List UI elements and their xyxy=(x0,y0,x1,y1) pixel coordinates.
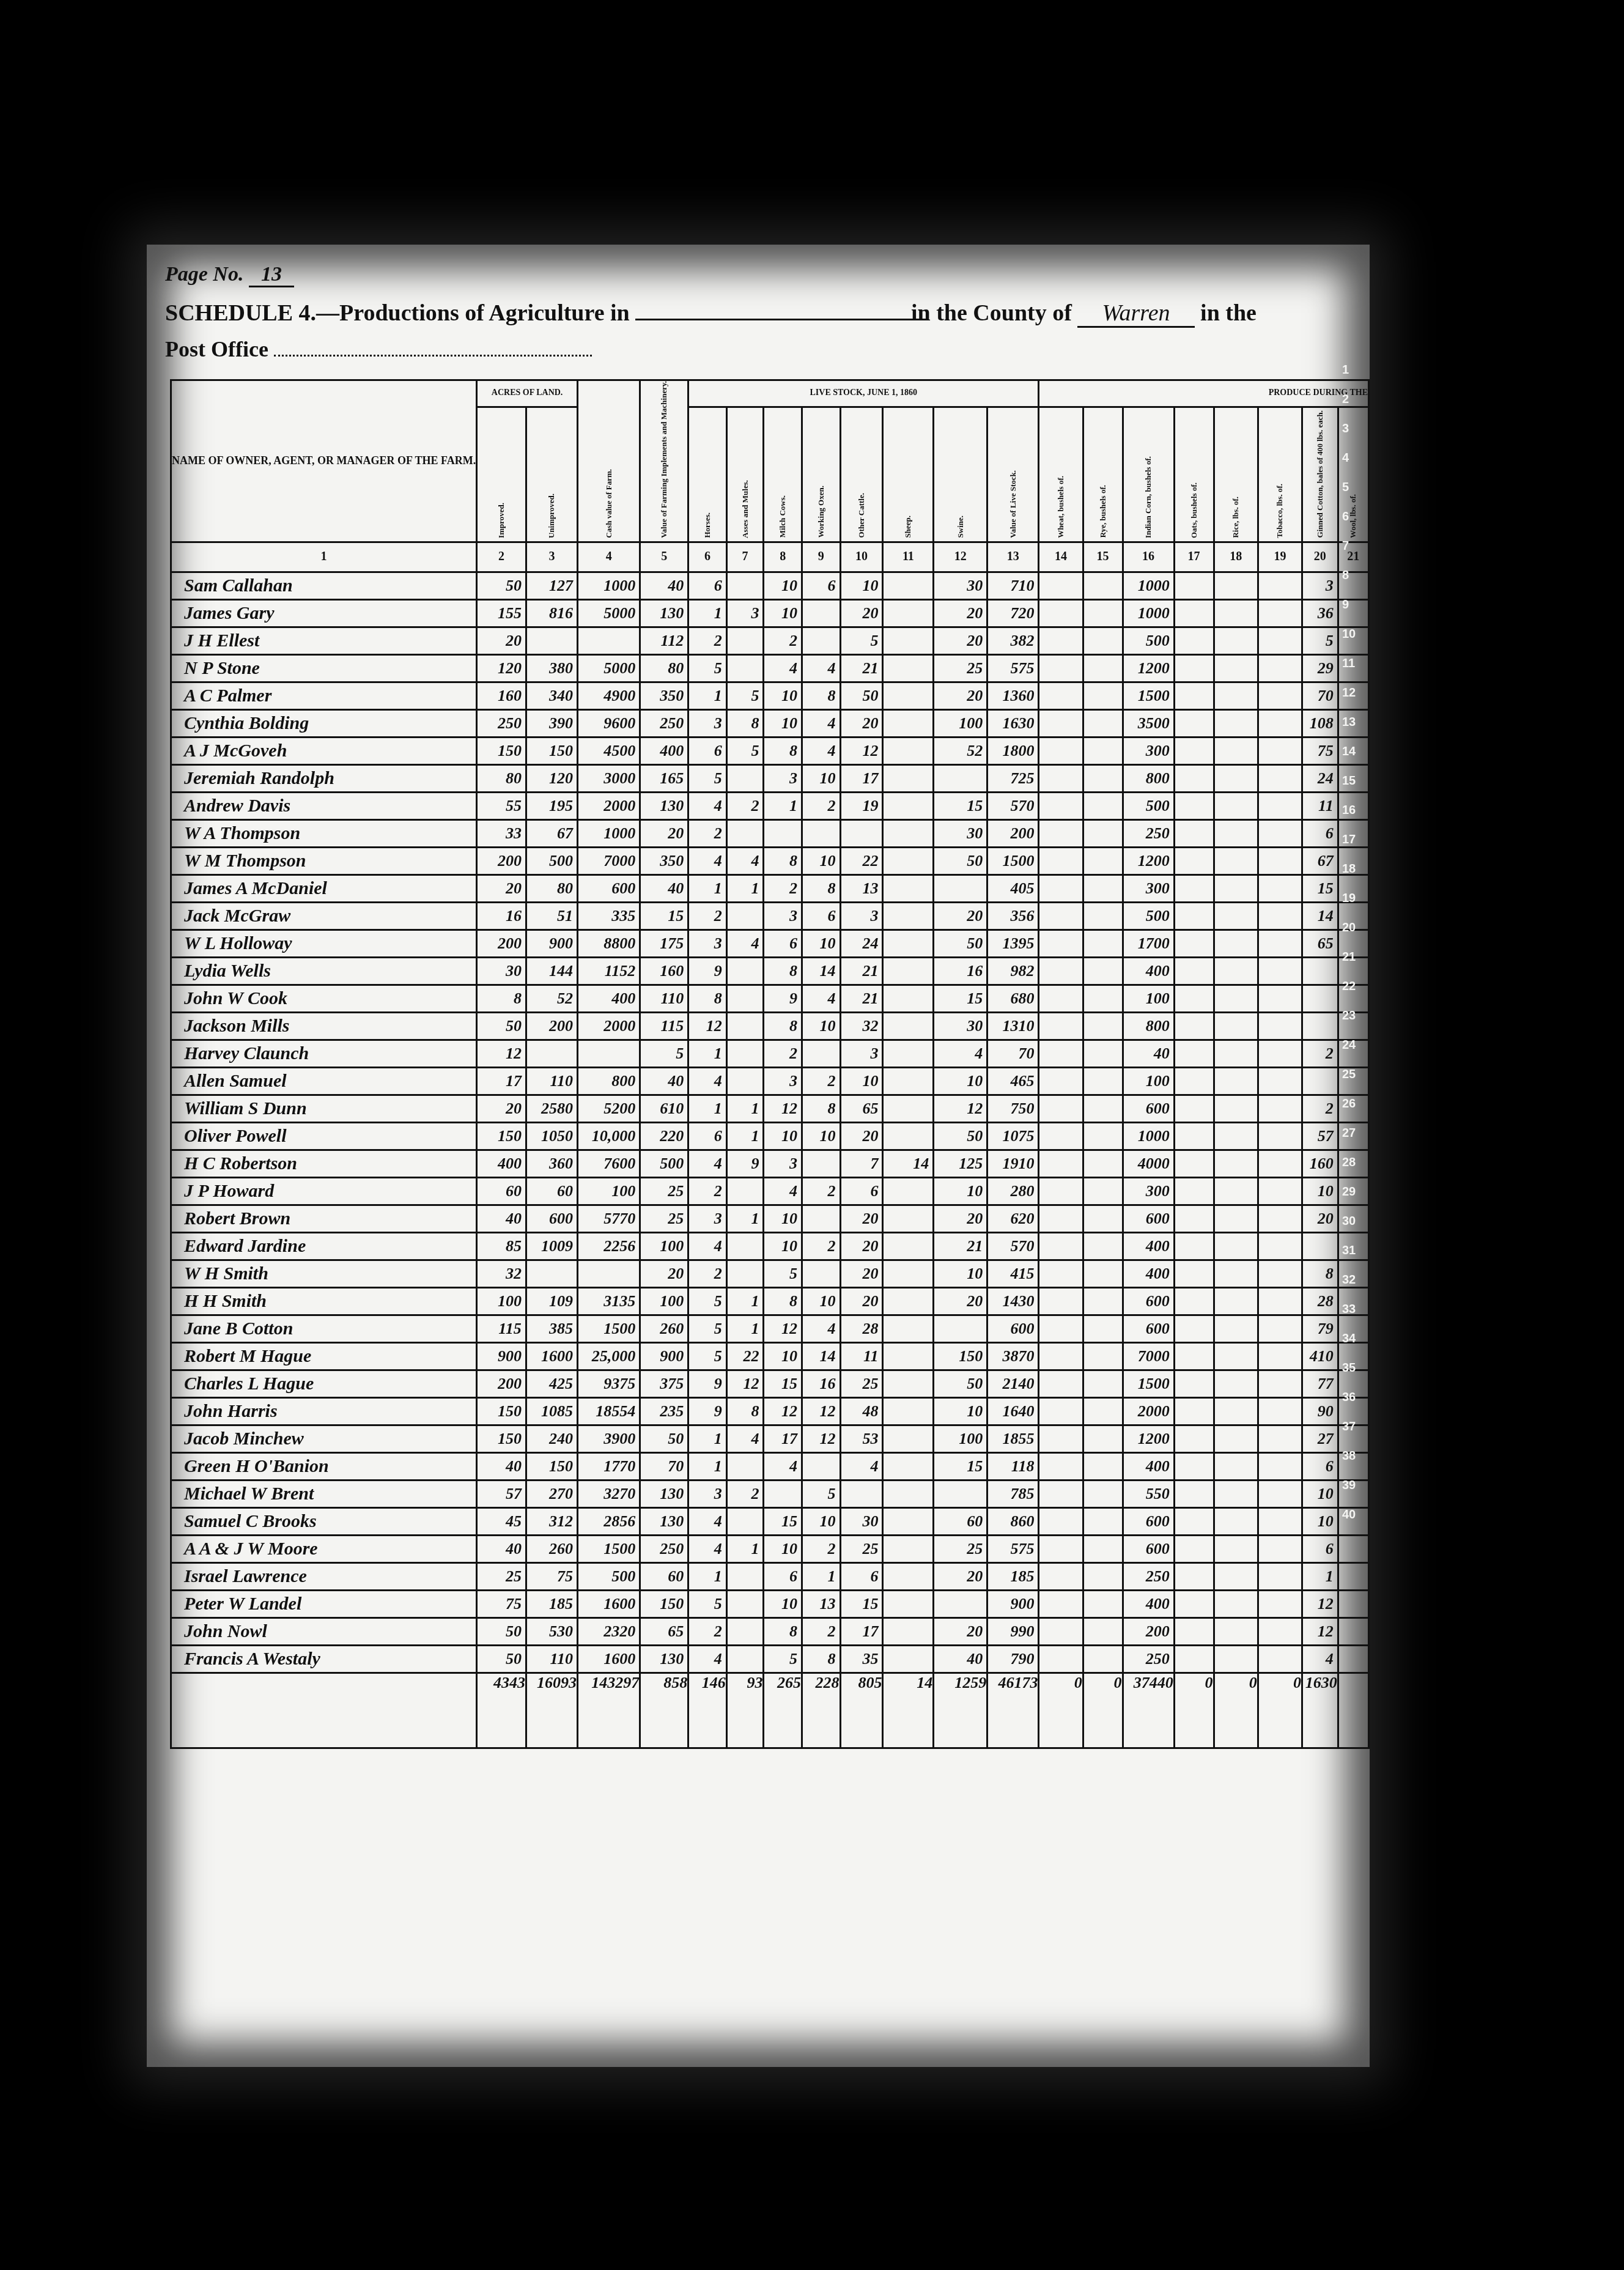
cell-col-20: 410 xyxy=(1302,1342,1338,1370)
county-label: in the County of xyxy=(911,300,1072,326)
cell-col-10: 7 xyxy=(840,1150,883,1177)
total-col-10: 805 xyxy=(840,1673,883,1748)
cell-col-12: 15 xyxy=(934,1452,987,1480)
cell-col-16: 1000 xyxy=(1123,1122,1174,1150)
cell-col-18 xyxy=(1214,819,1258,847)
table-row: J H Ellest20112225203825005 xyxy=(171,627,1369,654)
cell-col-11 xyxy=(883,1370,934,1397)
line-number: 24 xyxy=(1342,1038,1356,1052)
cell-col-17 xyxy=(1174,874,1214,902)
cell-col-11 xyxy=(883,1425,934,1452)
cell-col-16: 550 xyxy=(1123,1480,1174,1507)
table-row: Green H O'Banion40150177070144151184006 xyxy=(171,1452,1369,1480)
cell-col-9 xyxy=(802,1040,841,1067)
cell-col-10: 20 xyxy=(840,1232,883,1260)
cell-col-4: 4900 xyxy=(578,682,640,709)
cell-col-5: 40 xyxy=(640,1067,688,1095)
cell-col-17 xyxy=(1174,1012,1214,1040)
cell-col-6: 9 xyxy=(688,1370,727,1397)
name-column-header: NAME OF OWNER, AGENT, OR MANAGER OF THE … xyxy=(171,380,477,542)
cell-col-19 xyxy=(1258,1040,1302,1067)
cell-col-17 xyxy=(1174,599,1214,627)
cell-col-13: 1800 xyxy=(987,737,1039,764)
cell-col-15 xyxy=(1083,1645,1123,1673)
cell-col-17 xyxy=(1174,985,1214,1012)
cell-col-20: 29 xyxy=(1302,654,1338,682)
cell-col-20 xyxy=(1302,957,1338,985)
cell-col-18 xyxy=(1214,599,1258,627)
cell-col-4: 2256 xyxy=(578,1232,640,1260)
cell-col-12: 30 xyxy=(934,819,987,847)
cell-col-12: 50 xyxy=(934,930,987,957)
table-row: Robert M Hague900160025,0009005221014111… xyxy=(171,1342,1369,1370)
cell-col-9 xyxy=(802,1452,841,1480)
cell-col-18 xyxy=(1214,957,1258,985)
cell-col-10: 6 xyxy=(840,1177,883,1205)
cell-col-7 xyxy=(726,1507,764,1535)
cell-col-6: 8 xyxy=(688,985,727,1012)
cell-col-20: 75 xyxy=(1302,737,1338,764)
cell-col-13: 680 xyxy=(987,985,1039,1012)
cell-col-15 xyxy=(1083,1397,1123,1425)
totals-row: 4343160931432978581469326522880514125946… xyxy=(171,1673,1369,1748)
cell-col-5: 500 xyxy=(640,1150,688,1177)
line-number: 23 xyxy=(1342,1009,1356,1023)
cell-col-5: 100 xyxy=(640,1232,688,1260)
total-col-7: 93 xyxy=(726,1673,764,1748)
cell-col-9: 12 xyxy=(802,1397,841,1425)
cell-col-7 xyxy=(726,957,764,985)
cell-col-10: 20 xyxy=(840,1287,883,1315)
owner-name: Michael W Brent xyxy=(171,1480,477,1507)
col-8-header: Milch Cows. xyxy=(764,407,802,542)
cell-col-4: 1500 xyxy=(578,1315,640,1342)
cell-col-19 xyxy=(1258,874,1302,902)
cell-col-18 xyxy=(1214,1507,1258,1535)
cell-col-3: 195 xyxy=(526,792,577,819)
cell-col-2: 20 xyxy=(477,874,526,902)
cell-col-19 xyxy=(1258,1397,1302,1425)
cell-col-14 xyxy=(1039,1645,1083,1673)
cell-col-12: 20 xyxy=(934,1287,987,1315)
cell-col-11 xyxy=(883,957,934,985)
cell-col-12: 15 xyxy=(934,792,987,819)
cell-col-9: 10 xyxy=(802,764,841,792)
cell-col-7 xyxy=(726,1040,764,1067)
table-row: W M Thompson2005007000350448102250150012… xyxy=(171,847,1369,874)
cell-col-8: 3 xyxy=(764,1150,802,1177)
line-number: 37 xyxy=(1342,1420,1356,1434)
cell-col-13: 356 xyxy=(987,902,1039,930)
cell-col-14 xyxy=(1039,819,1083,847)
cell-col-17 xyxy=(1174,654,1214,682)
owner-name: N P Stone xyxy=(171,654,477,682)
column-number: 4 xyxy=(578,542,640,572)
cell-col-18 xyxy=(1214,1205,1258,1232)
cell-col-10: 28 xyxy=(840,1315,883,1342)
cell-col-5: 350 xyxy=(640,682,688,709)
cell-col-9: 13 xyxy=(802,1590,841,1617)
cell-col-20: 20 xyxy=(1302,1205,1338,1232)
cell-col-13: 785 xyxy=(987,1480,1039,1507)
cell-col-19 xyxy=(1258,1645,1302,1673)
cell-col-18 xyxy=(1214,1342,1258,1370)
total-col-3: 16093 xyxy=(526,1673,577,1748)
cell-col-7: 4 xyxy=(726,1425,764,1452)
cell-col-18 xyxy=(1214,985,1258,1012)
cell-col-14 xyxy=(1039,902,1083,930)
cell-col-2: 17 xyxy=(477,1067,526,1095)
cell-col-5: 150 xyxy=(640,1590,688,1617)
cell-col-3: 385 xyxy=(526,1315,577,1342)
line-number: 40 xyxy=(1342,1508,1356,1522)
cell-col-5: 115 xyxy=(640,1012,688,1040)
column-number: 5 xyxy=(640,542,688,572)
cell-col-19 xyxy=(1258,709,1302,737)
cell-col-9: 2 xyxy=(802,1067,841,1095)
cell-col-19 xyxy=(1258,572,1302,599)
cell-col-12: 30 xyxy=(934,572,987,599)
cell-col-15 xyxy=(1083,1177,1123,1205)
cell-col-11 xyxy=(883,1067,934,1095)
cell-col-21 xyxy=(1338,1562,1368,1590)
col-12-header: Swine. xyxy=(934,407,987,542)
cell-col-4: 2000 xyxy=(578,792,640,819)
cell-col-11 xyxy=(883,1645,934,1673)
cell-col-19 xyxy=(1258,930,1302,957)
cell-col-12 xyxy=(934,1590,987,1617)
county-line: in the County of Warren in the xyxy=(911,300,1257,327)
cell-col-18 xyxy=(1214,1535,1258,1562)
cell-col-12: 30 xyxy=(934,1012,987,1040)
column-number: 19 xyxy=(1258,542,1302,572)
cell-col-17 xyxy=(1174,1397,1214,1425)
cell-col-13: 900 xyxy=(987,1590,1039,1617)
cell-col-8: 10 xyxy=(764,1232,802,1260)
cell-col-11 xyxy=(883,819,934,847)
col-16-header: Indian Corn, bushels of. xyxy=(1123,407,1174,542)
cell-col-4: 5000 xyxy=(578,599,640,627)
cell-col-7: 9 xyxy=(726,1150,764,1177)
cell-col-18 xyxy=(1214,1617,1258,1645)
acres-group-header: ACRES OF LAND. xyxy=(477,380,578,407)
cell-col-20: 57 xyxy=(1302,1122,1338,1150)
cell-col-16: 500 xyxy=(1123,792,1174,819)
cell-col-2: 30 xyxy=(477,957,526,985)
cell-col-12: 50 xyxy=(934,1122,987,1150)
cell-col-8: 5 xyxy=(764,1645,802,1673)
cell-col-10: 3 xyxy=(840,1040,883,1067)
cell-col-15 xyxy=(1083,985,1123,1012)
cell-col-6: 4 xyxy=(688,792,727,819)
cell-col-6: 6 xyxy=(688,737,727,764)
line-number: 2 xyxy=(1342,393,1349,407)
cell-col-13: 570 xyxy=(987,792,1039,819)
cell-col-8: 10 xyxy=(764,1122,802,1150)
cell-col-19 xyxy=(1258,1315,1302,1342)
cell-col-10: 10 xyxy=(840,1067,883,1095)
cell-col-6: 1 xyxy=(688,682,727,709)
owner-name: A J McGoveh xyxy=(171,737,477,764)
cell-col-7: 1 xyxy=(726,1122,764,1150)
line-number: 20 xyxy=(1342,921,1356,935)
cell-col-7 xyxy=(726,1177,764,1205)
cell-col-8: 10 xyxy=(764,1535,802,1562)
cell-col-2: 32 xyxy=(477,1260,526,1287)
cell-col-12: 16 xyxy=(934,957,987,985)
cell-col-14 xyxy=(1039,599,1083,627)
col-17-header: Oats, bushels of. xyxy=(1174,407,1214,542)
cell-col-15 xyxy=(1083,1260,1123,1287)
cell-col-5: 100 xyxy=(640,1287,688,1315)
cell-col-6: 5 xyxy=(688,1287,727,1315)
cell-col-11 xyxy=(883,792,934,819)
cell-col-3: 120 xyxy=(526,764,577,792)
owner-name: Cynthia Bolding xyxy=(171,709,477,737)
cell-col-6: 3 xyxy=(688,930,727,957)
cell-col-4: 335 xyxy=(578,902,640,930)
cell-col-4: 1600 xyxy=(578,1590,640,1617)
cell-col-2: 50 xyxy=(477,1617,526,1645)
col-19-header: Tobacco, lbs. of. xyxy=(1258,407,1302,542)
cell-col-19 xyxy=(1258,1095,1302,1122)
cell-col-16: 400 xyxy=(1123,1452,1174,1480)
cell-col-19 xyxy=(1258,1562,1302,1590)
table-row: Jacob Minchew150240390050141712531001855… xyxy=(171,1425,1369,1452)
cell-col-17 xyxy=(1174,1507,1214,1535)
cell-col-8: 8 xyxy=(764,1012,802,1040)
col-7-header: Asses and Mules. xyxy=(726,407,764,542)
col-11-header: Sheep. xyxy=(883,407,934,542)
cell-col-6: 6 xyxy=(688,572,727,599)
cell-col-19 xyxy=(1258,792,1302,819)
cell-col-13: 1500 xyxy=(987,847,1039,874)
cell-col-4 xyxy=(578,627,640,654)
cell-col-12: 52 xyxy=(934,737,987,764)
cell-col-4: 500 xyxy=(578,1562,640,1590)
cell-col-7 xyxy=(726,1260,764,1287)
cell-col-7 xyxy=(726,1452,764,1480)
cell-col-20: 14 xyxy=(1302,902,1338,930)
cell-col-9: 2 xyxy=(802,1535,841,1562)
cell-col-9: 1 xyxy=(802,1562,841,1590)
line-number: 33 xyxy=(1342,1303,1356,1317)
cell-col-12: 50 xyxy=(934,1370,987,1397)
cell-col-20 xyxy=(1302,1012,1338,1040)
state-label: in the xyxy=(1200,300,1257,326)
cell-col-10: 50 xyxy=(840,682,883,709)
line-number: 12 xyxy=(1342,686,1356,700)
cell-col-18 xyxy=(1214,682,1258,709)
cell-col-19 xyxy=(1258,902,1302,930)
cell-col-10: 12 xyxy=(840,737,883,764)
cell-col-7: 4 xyxy=(726,930,764,957)
cell-col-16: 400 xyxy=(1123,1232,1174,1260)
cell-col-17 xyxy=(1174,627,1214,654)
cell-col-4: 1770 xyxy=(578,1452,640,1480)
total-col-16: 37440 xyxy=(1123,1673,1174,1748)
cell-col-19 xyxy=(1258,1425,1302,1452)
cell-col-16: 600 xyxy=(1123,1205,1174,1232)
cell-col-7: 12 xyxy=(726,1370,764,1397)
cell-col-9: 4 xyxy=(802,654,841,682)
cell-col-9: 12 xyxy=(802,1425,841,1452)
cell-col-4: 25,000 xyxy=(578,1342,640,1370)
cell-col-15 xyxy=(1083,874,1123,902)
cell-col-21 xyxy=(1338,1645,1368,1673)
cell-col-6: 5 xyxy=(688,1315,727,1342)
cell-col-5: 60 xyxy=(640,1562,688,1590)
cell-col-15 xyxy=(1083,1370,1123,1397)
line-number: 3 xyxy=(1342,422,1349,436)
cell-col-18 xyxy=(1214,627,1258,654)
cell-col-16: 100 xyxy=(1123,1067,1174,1095)
cell-col-13: 382 xyxy=(987,627,1039,654)
cell-col-9: 14 xyxy=(802,1342,841,1370)
cell-col-11 xyxy=(883,682,934,709)
cell-col-13: 280 xyxy=(987,1177,1039,1205)
cell-col-17 xyxy=(1174,819,1214,847)
cell-col-8: 4 xyxy=(764,1177,802,1205)
farm-rows: Sam Callahan501271000406106103071010003J… xyxy=(171,572,1369,1673)
cell-col-10: 48 xyxy=(840,1397,883,1425)
cell-col-3: 80 xyxy=(526,874,577,902)
owner-name: J H Ellest xyxy=(171,627,477,654)
table-row: Jane B Cotton115385150026051124286006007… xyxy=(171,1315,1369,1342)
cell-col-15 xyxy=(1083,709,1123,737)
produce-group-header: PRODUCE DURING THE xyxy=(1039,380,1369,407)
cell-col-10: 20 xyxy=(840,709,883,737)
col-20-header: Ginned Cotton, bales of 400 lbs. each. xyxy=(1302,407,1338,542)
owner-name: John Nowl xyxy=(171,1617,477,1645)
cell-col-20: 65 xyxy=(1302,930,1338,957)
cell-col-16: 1200 xyxy=(1123,1425,1174,1452)
cell-col-15 xyxy=(1083,654,1123,682)
owner-name: John W Cook xyxy=(171,985,477,1012)
cell-col-16: 400 xyxy=(1123,1590,1174,1617)
cell-col-9: 6 xyxy=(802,572,841,599)
owner-name: James A McDaniel xyxy=(171,874,477,902)
cell-col-16: 400 xyxy=(1123,1260,1174,1287)
cell-col-15 xyxy=(1083,930,1123,957)
cell-col-14 xyxy=(1039,682,1083,709)
cell-col-2: 200 xyxy=(477,930,526,957)
total-col-2: 4343 xyxy=(477,1673,526,1748)
cell-col-3: 390 xyxy=(526,709,577,737)
cell-col-4: 2856 xyxy=(578,1507,640,1535)
owner-name: Francis A Westaly xyxy=(171,1645,477,1673)
cell-col-10: 20 xyxy=(840,1205,883,1232)
line-number: 13 xyxy=(1342,715,1356,730)
cell-col-10: 6 xyxy=(840,1562,883,1590)
total-col-21 xyxy=(1338,1673,1368,1748)
cell-col-20: 6 xyxy=(1302,1535,1338,1562)
schedule-title: SCHEDULE 4.—Productions of Agriculture i… xyxy=(165,300,929,327)
cell-col-12: 10 xyxy=(934,1397,987,1425)
column-number: 15 xyxy=(1083,542,1123,572)
cell-col-20: 24 xyxy=(1302,764,1338,792)
post-office-label: Post Office xyxy=(165,337,268,361)
table-row: Lydia Wells30144115216098142116982400 xyxy=(171,957,1369,985)
cell-col-8: 9 xyxy=(764,985,802,1012)
cell-col-3: 127 xyxy=(526,572,577,599)
cell-col-14 xyxy=(1039,957,1083,985)
cell-col-16: 300 xyxy=(1123,874,1174,902)
cell-col-12: 150 xyxy=(934,1342,987,1370)
cell-col-9 xyxy=(802,1150,841,1177)
cell-col-15 xyxy=(1083,1480,1123,1507)
cell-col-16: 1200 xyxy=(1123,654,1174,682)
cell-col-2: 20 xyxy=(477,627,526,654)
cell-col-20: 11 xyxy=(1302,792,1338,819)
cell-col-17 xyxy=(1174,1535,1214,1562)
cell-col-6: 4 xyxy=(688,1535,727,1562)
cell-col-20 xyxy=(1302,1067,1338,1095)
line-number: 7 xyxy=(1342,539,1349,553)
cell-col-15 xyxy=(1083,819,1123,847)
cell-col-20: 77 xyxy=(1302,1370,1338,1397)
cell-col-10: 17 xyxy=(840,764,883,792)
cell-col-15 xyxy=(1083,1425,1123,1452)
cell-col-3 xyxy=(526,627,577,654)
cell-col-15 xyxy=(1083,1122,1123,1150)
line-number: 35 xyxy=(1342,1361,1356,1375)
column-number: 14 xyxy=(1039,542,1083,572)
cell-col-10: 21 xyxy=(840,957,883,985)
owner-name: J P Howard xyxy=(171,1177,477,1205)
cell-col-7: 1 xyxy=(726,1095,764,1122)
table-row: Israel Lawrence2575500601616201852501 xyxy=(171,1562,1369,1590)
cell-col-18 xyxy=(1214,1590,1258,1617)
cell-col-6: 4 xyxy=(688,847,727,874)
cell-col-17 xyxy=(1174,1342,1214,1370)
cell-col-14 xyxy=(1039,1397,1083,1425)
cell-col-13: 1910 xyxy=(987,1150,1039,1177)
cell-col-19 xyxy=(1258,1370,1302,1397)
line-number: 36 xyxy=(1342,1391,1356,1405)
cell-col-5: 15 xyxy=(640,902,688,930)
cell-col-3: 1600 xyxy=(526,1342,577,1370)
cell-col-4: 5770 xyxy=(578,1205,640,1232)
cell-col-9 xyxy=(802,1260,841,1287)
cell-col-7: 5 xyxy=(726,737,764,764)
line-number: 26 xyxy=(1342,1097,1356,1111)
line-number: 22 xyxy=(1342,980,1356,994)
cell-col-7: 1 xyxy=(726,1315,764,1342)
cell-col-9: 10 xyxy=(802,930,841,957)
cell-col-4: 400 xyxy=(578,985,640,1012)
owner-name: William S Dunn xyxy=(171,1095,477,1122)
cell-col-12 xyxy=(934,874,987,902)
cell-col-2: 45 xyxy=(477,1507,526,1535)
owner-name: Jane B Cotton xyxy=(171,1315,477,1342)
cell-col-10: 22 xyxy=(840,847,883,874)
cell-col-14 xyxy=(1039,1287,1083,1315)
cell-col-13: 405 xyxy=(987,874,1039,902)
cell-col-9: 6 xyxy=(802,902,841,930)
cell-col-17 xyxy=(1174,682,1214,709)
cell-col-19 xyxy=(1258,1067,1302,1095)
cell-col-17 xyxy=(1174,1232,1214,1260)
cell-col-20: 1 xyxy=(1302,1562,1338,1590)
table-row: W L Holloway2009008800175346102450139517… xyxy=(171,930,1369,957)
total-col-19: 0 xyxy=(1258,1673,1302,1748)
table-row: A J McGoveh15015045004006584125218003007… xyxy=(171,737,1369,764)
cell-col-12: 20 xyxy=(934,1205,987,1232)
cell-col-7: 1 xyxy=(726,874,764,902)
cell-col-5: 235 xyxy=(640,1397,688,1425)
cell-col-11 xyxy=(883,1232,934,1260)
